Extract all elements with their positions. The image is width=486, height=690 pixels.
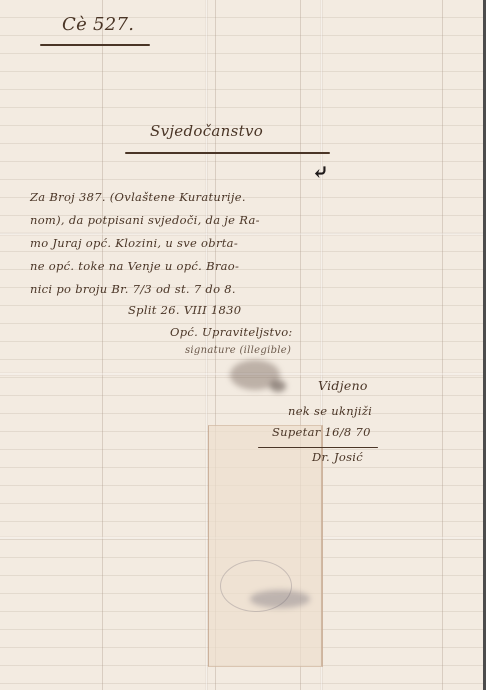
ink-smudge: [250, 590, 310, 608]
margin-mark-icon: ⤶: [312, 160, 329, 184]
endorsement-line: nek se uknjiži: [288, 404, 372, 418]
ink-blot: [270, 380, 286, 392]
endorsement-line: Supetar 16/8 70: [272, 425, 371, 439]
title-underline: [125, 152, 330, 154]
body-line: mo Juraj opć. Klozini, u sve obrta-: [30, 236, 238, 250]
column-rule: [442, 0, 443, 690]
repair-tape: [208, 425, 323, 667]
closing-line: Opć. Upraviteljstvo:: [170, 325, 293, 339]
endorsement-signature: Dr. Josić: [312, 450, 363, 464]
endorsement-line: Vidjeno: [318, 378, 368, 393]
signature: signature (illegible): [185, 345, 291, 356]
body-line: nom), da potpisani svjedoči, da je Ra-: [30, 213, 260, 227]
body-line: nici po broju Br. 7/3 od st. 7 do 8.: [30, 282, 236, 296]
reference-number: Cè 527.: [62, 14, 134, 35]
body-line: Za Broj 387. (Ovlaštene Kuraturije.: [30, 190, 246, 204]
signature-flourish: [258, 447, 378, 448]
reference-underline: [40, 44, 150, 46]
document-title: Svjedočanstvo: [150, 122, 263, 140]
document-page: Cè 527. Svjedočanstvo ⤶ Za Broj 387. (Ov…: [0, 0, 486, 690]
body-line: ne opć. toke na Venje u opć. Brao-: [30, 259, 239, 273]
place-date: Split 26. VIII 1830: [128, 303, 241, 317]
column-rule: [102, 0, 103, 690]
